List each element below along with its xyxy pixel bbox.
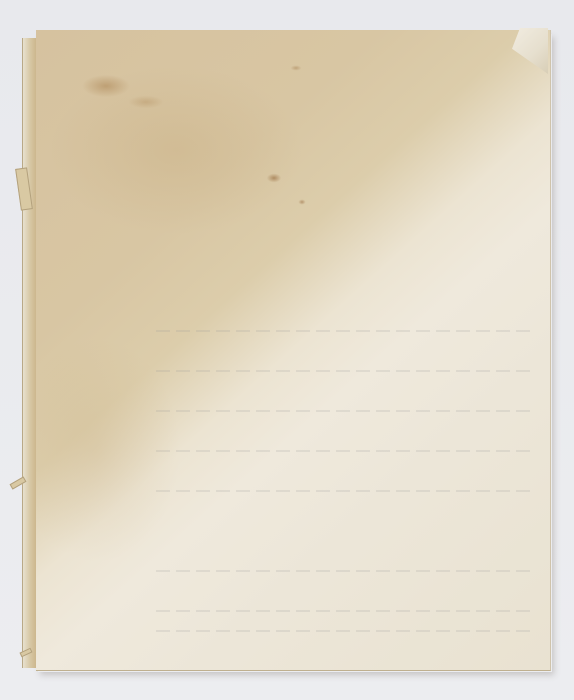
bleed-through-writing	[156, 450, 536, 452]
bleed-through-writing	[156, 570, 536, 572]
bleed-through-writing	[156, 610, 536, 612]
bleed-through-writing	[156, 330, 536, 332]
notebook-cover	[36, 30, 551, 671]
bleed-through-writing	[156, 370, 536, 372]
bleed-through-writing	[156, 630, 536, 632]
bleed-through-writing	[156, 410, 536, 412]
bleed-through-writing	[156, 490, 536, 492]
